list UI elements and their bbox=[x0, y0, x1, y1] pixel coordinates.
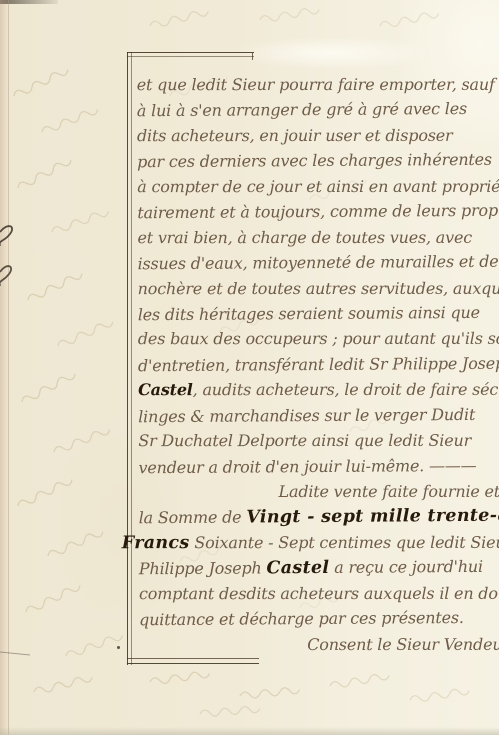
line-text: Soixante - Sept centimes que ledit Sieur bbox=[189, 533, 499, 552]
line-text: à compter de ce jour et ainsi en avant p… bbox=[137, 177, 499, 196]
line-text: quittance et décharge par ces présentes. bbox=[139, 608, 464, 629]
line-text: et que ledit Sieur pourra faire emporter… bbox=[137, 75, 495, 94]
page-fold-left-edge bbox=[0, 0, 9, 735]
frame-rule-left bbox=[127, 52, 132, 665]
paper-light-patch-top-right bbox=[240, 38, 425, 68]
line-text-bold: Francs bbox=[122, 533, 190, 553]
manuscript-line-19: Francs Soixante - Sept centimes que ledi… bbox=[122, 530, 497, 556]
manuscript-line-16: vendeur a droit d'en jouir lui-même. ——— bbox=[138, 452, 496, 480]
line-text: d'entretien, transférant ledit Sr Philip… bbox=[138, 353, 499, 375]
manuscript-line-15: Sr Duchatel Delporte ainsi que ledit Sie… bbox=[138, 428, 496, 454]
line-text: dits acheteurs, en jouir user et dispose… bbox=[137, 126, 453, 145]
line-text: a reçu ce jourd'hui bbox=[329, 557, 483, 577]
line-text: par ces derniers avec les charges inhére… bbox=[137, 150, 492, 171]
manuscript-line-21: comptant desdits acheteurs auxquels il e… bbox=[139, 581, 497, 607]
manuscript-line-11: des baux des occupeurs ; pour autant qu'… bbox=[138, 326, 496, 352]
manuscript-line-14: linges & marchandises sur le verger Dudi… bbox=[138, 401, 496, 429]
frame-rule-top bbox=[127, 52, 254, 57]
manuscript-line-23: Consent le Sieur Vendeur, que les bbox=[139, 631, 497, 657]
manuscript-text-block: et que ledit Sieur pourra faire emporter… bbox=[137, 71, 498, 658]
line-text: des baux des occupeurs ; pour autant qu'… bbox=[138, 329, 499, 348]
line-text: nochère et de toutes autres servitudes, … bbox=[138, 278, 499, 297]
line-text: comptant desdits acheteurs auxquels il e… bbox=[139, 584, 499, 603]
line-text: Sr Duchatel Delporte ainsi que ledit Sie… bbox=[138, 431, 471, 450]
manuscript-line-7: et vrai bien, à charge de toutes vues, a… bbox=[137, 224, 495, 250]
manuscript-line-20: Philippe Joseph Castel a reçu ce jourd'h… bbox=[139, 554, 497, 582]
line-text: à lui à s'en arranger de gré à gré avec … bbox=[137, 99, 467, 120]
manuscript-line-4: par ces derniers avec les charges inhére… bbox=[137, 147, 495, 175]
manuscript-page: et que ledit Sieur pourra faire emporter… bbox=[0, 0, 499, 735]
line-text: Philippe Joseph bbox=[139, 559, 267, 579]
manuscript-line-6: tairement et à toujours, comme de leurs … bbox=[137, 198, 495, 226]
line-text: , audits acheteurs, le droit de faire sé… bbox=[193, 380, 499, 399]
manuscript-line-12: d'entretien, transférant ledit Sr Philip… bbox=[138, 351, 496, 379]
line-text: Ladite vente faite fournie et moyennant bbox=[279, 482, 499, 501]
manuscript-line-22: quittance et décharge par ces présentes. bbox=[139, 605, 497, 633]
line-text: linges & marchandises sur le verger Dudi… bbox=[138, 405, 475, 426]
line-text-bold: Castel bbox=[138, 380, 193, 399]
shadow-bottom-edge bbox=[0, 727, 499, 735]
line-text: Consent le Sieur Vendeur, que les bbox=[307, 634, 499, 653]
manuscript-line-3: dits acheteurs, en jouir user et dispose… bbox=[137, 123, 495, 149]
line-text: et vrai bien, à charge de toutes vues, a… bbox=[137, 227, 472, 246]
manuscript-line-8: issues d'eaux, mitoyenneté de murailles … bbox=[137, 249, 495, 277]
frame-rule-top-hook bbox=[252, 53, 255, 60]
manuscript-line-18: la Somme de Vingt - sept mille trente-qu… bbox=[139, 503, 497, 531]
manuscript-line-17: Ladite vente faite fournie et moyennant bbox=[139, 479, 497, 505]
manuscript-line-1: et que ledit Sieur pourra faire emporter… bbox=[137, 72, 495, 98]
line-text: tairement et à toujours, comme de leurs … bbox=[137, 201, 499, 223]
manuscript-line-5: à compter de ce jour et ainsi en avant p… bbox=[137, 174, 495, 200]
ink-dot bbox=[117, 646, 120, 649]
line-text: la Somme de bbox=[139, 508, 247, 528]
line-text: issues d'eaux, mitoyenneté de murailles … bbox=[137, 252, 498, 274]
line-text: vendeur a droit d'en jouir lui-même. ——— bbox=[138, 455, 476, 476]
dark-smudge-top-edge bbox=[0, 0, 58, 4]
manuscript-line-9: nochère et de toutes autres servitudes, … bbox=[138, 275, 496, 301]
manuscript-line-10: les dits héritages seraient soumis ainsi… bbox=[138, 300, 496, 328]
manuscript-line-2: à lui à s'en arranger de gré à gré avec … bbox=[137, 96, 495, 124]
line-text: les dits héritages seraient soumis ainsi… bbox=[138, 303, 480, 324]
frame-rule-bottom bbox=[127, 658, 259, 664]
line-text-bold: Vingt - sept mille trente-quatre bbox=[246, 506, 499, 528]
line-text-bold: Castel bbox=[266, 558, 329, 578]
manuscript-line-13: Castel, audits acheteurs, le droit de fa… bbox=[138, 377, 496, 403]
